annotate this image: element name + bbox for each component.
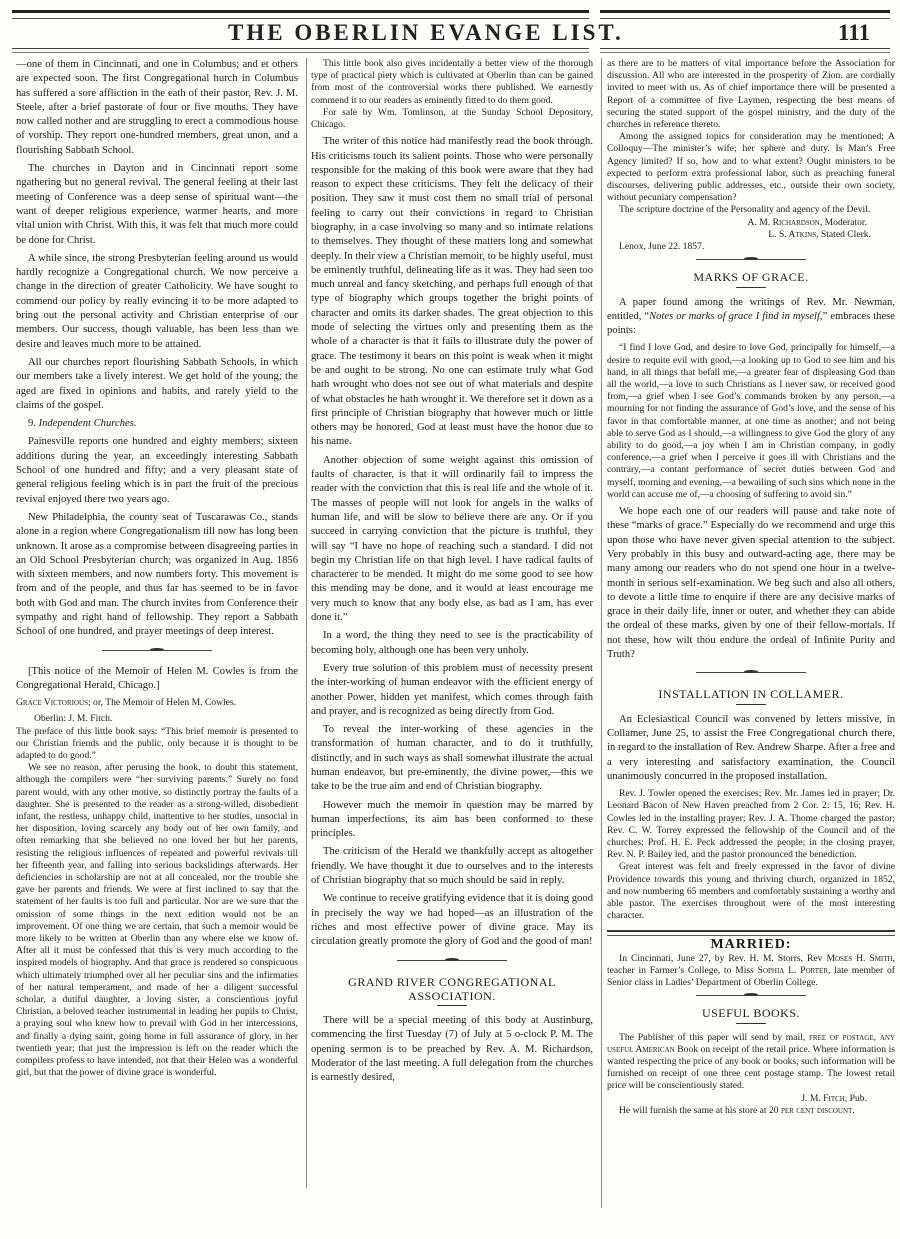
heading-underline xyxy=(736,1023,766,1024)
paragraph: The criticism of the Herald we thankfull… xyxy=(311,845,593,888)
paragraph: Another objection of some weight against… xyxy=(311,454,593,626)
paragraph: Painesville reports one hundred and eigh… xyxy=(16,435,298,506)
heading-underline xyxy=(736,704,766,705)
paragraph: Great interest was felt and freely expre… xyxy=(607,861,895,922)
paragraph: A paper found among the writings of Rev.… xyxy=(607,296,895,339)
paragraph: To reveal the inter-working of these age… xyxy=(311,723,593,794)
paragraph: The Publisher of this paper will send by… xyxy=(607,1032,895,1093)
top-rule-left xyxy=(12,10,589,19)
ornamental-divider xyxy=(696,672,806,675)
paragraph: He will furnish the same at his store at… xyxy=(607,1105,895,1117)
ornamental-divider xyxy=(102,650,212,653)
book-citation: Grace Victorious; or, The Memoir of Hele… xyxy=(16,697,298,709)
paragraph: However much the memoir in question may … xyxy=(311,799,593,842)
column-right: as there are to be matters of vital impo… xyxy=(601,58,895,1208)
quoted-preface: The preface of this little book says: “T… xyxy=(16,726,298,763)
section-heading: 9. Independent Churches. xyxy=(16,417,298,431)
review-paragraph: We see no reason, after perusing the boo… xyxy=(16,762,298,1079)
paragraph: An Eclesiastical Council was convened by… xyxy=(607,713,895,784)
paragraph: —one of them in Cincinnati, and one in C… xyxy=(16,58,298,158)
ornamental-divider xyxy=(696,995,806,998)
page-number: 111 xyxy=(838,20,870,46)
double-divider xyxy=(607,930,895,936)
article-heading: USEFUL BOOKS. xyxy=(607,1006,895,1020)
heading-underline xyxy=(736,287,766,288)
paragraph: A while since, the strong Presbyterian f… xyxy=(16,252,298,352)
article-heading: MARRIED: xyxy=(607,938,895,952)
book-publisher: Oberlin: J. M. Fitch. xyxy=(16,713,298,725)
ornamental-divider xyxy=(696,259,806,262)
review-paragraph: This little book also gives incidentally… xyxy=(311,58,593,107)
sale-notice: For sale by Wm. Tomlinson, at the Sunday… xyxy=(311,107,593,131)
header-rule-left xyxy=(12,48,589,53)
paragraph: We hope each one of our readers will pau… xyxy=(607,505,895,662)
paragraph: New Philadelphia, the county seat of Tus… xyxy=(16,511,298,640)
paragraph: The writer of this notice had manifestly… xyxy=(311,135,593,450)
signature-clerk: L. S. Atkins, Stated Clerk. xyxy=(607,229,895,241)
top-rule-right xyxy=(600,10,890,19)
paragraph: All our churches report flourishing Sabb… xyxy=(16,356,298,413)
header-rule-right xyxy=(600,48,890,53)
column-left: —one of them in Cincinnati, and one in C… xyxy=(16,58,298,1083)
article-heading: INSTALLATION IN COLLAMER. xyxy=(607,687,895,701)
paragraph: Among the assigned topics for considerat… xyxy=(607,131,895,204)
signature-moderator: A. M. Richardson, Moderator. xyxy=(607,217,895,229)
section-title: Independent Churches. xyxy=(39,418,137,429)
newspaper-title: THE OBERLIN EVANGE LIST. xyxy=(228,20,624,46)
block-quote: “I find I love God, and desire to love G… xyxy=(607,342,895,501)
article-heading: MARKS OF GRACE. xyxy=(607,270,895,284)
editor-note: [This notice of the Memoir of Helen M. C… xyxy=(16,665,298,694)
paragraph: We continue to receive gratifying eviden… xyxy=(311,892,593,949)
dateline: Lenox, June 22. 1857. xyxy=(607,241,895,253)
column-middle: This little book also gives incidentally… xyxy=(306,58,593,1188)
heading-underline xyxy=(437,1005,467,1006)
paragraph: The churches in Dayton and in Cincinnati… xyxy=(16,162,298,248)
marriage-notice: In Cincinnati, June 27, by Rev. H. M. St… xyxy=(607,953,895,990)
paragraph: There will be a special meeting of this … xyxy=(311,1014,593,1085)
paragraph: In a word, the thing they need to see is… xyxy=(311,629,593,658)
paragraph: The scripture doctrine of the Personalit… xyxy=(607,204,895,216)
paragraph: Every true solution of this problem must… xyxy=(311,662,593,719)
masthead: THE OBERLIN EVANGE LIST. 111 xyxy=(0,20,900,46)
paragraph: as there are to be matters of vital impo… xyxy=(607,58,895,131)
paragraph: Rev. J. Towler opened the exercises; Rev… xyxy=(607,788,895,861)
ornamental-divider xyxy=(397,960,507,963)
publisher-signature: J. M. Fitch, Pub. xyxy=(607,1093,895,1105)
article-heading: GRAND RIVER CONGREGATIONAL ASSOCIATION. xyxy=(311,975,593,1004)
